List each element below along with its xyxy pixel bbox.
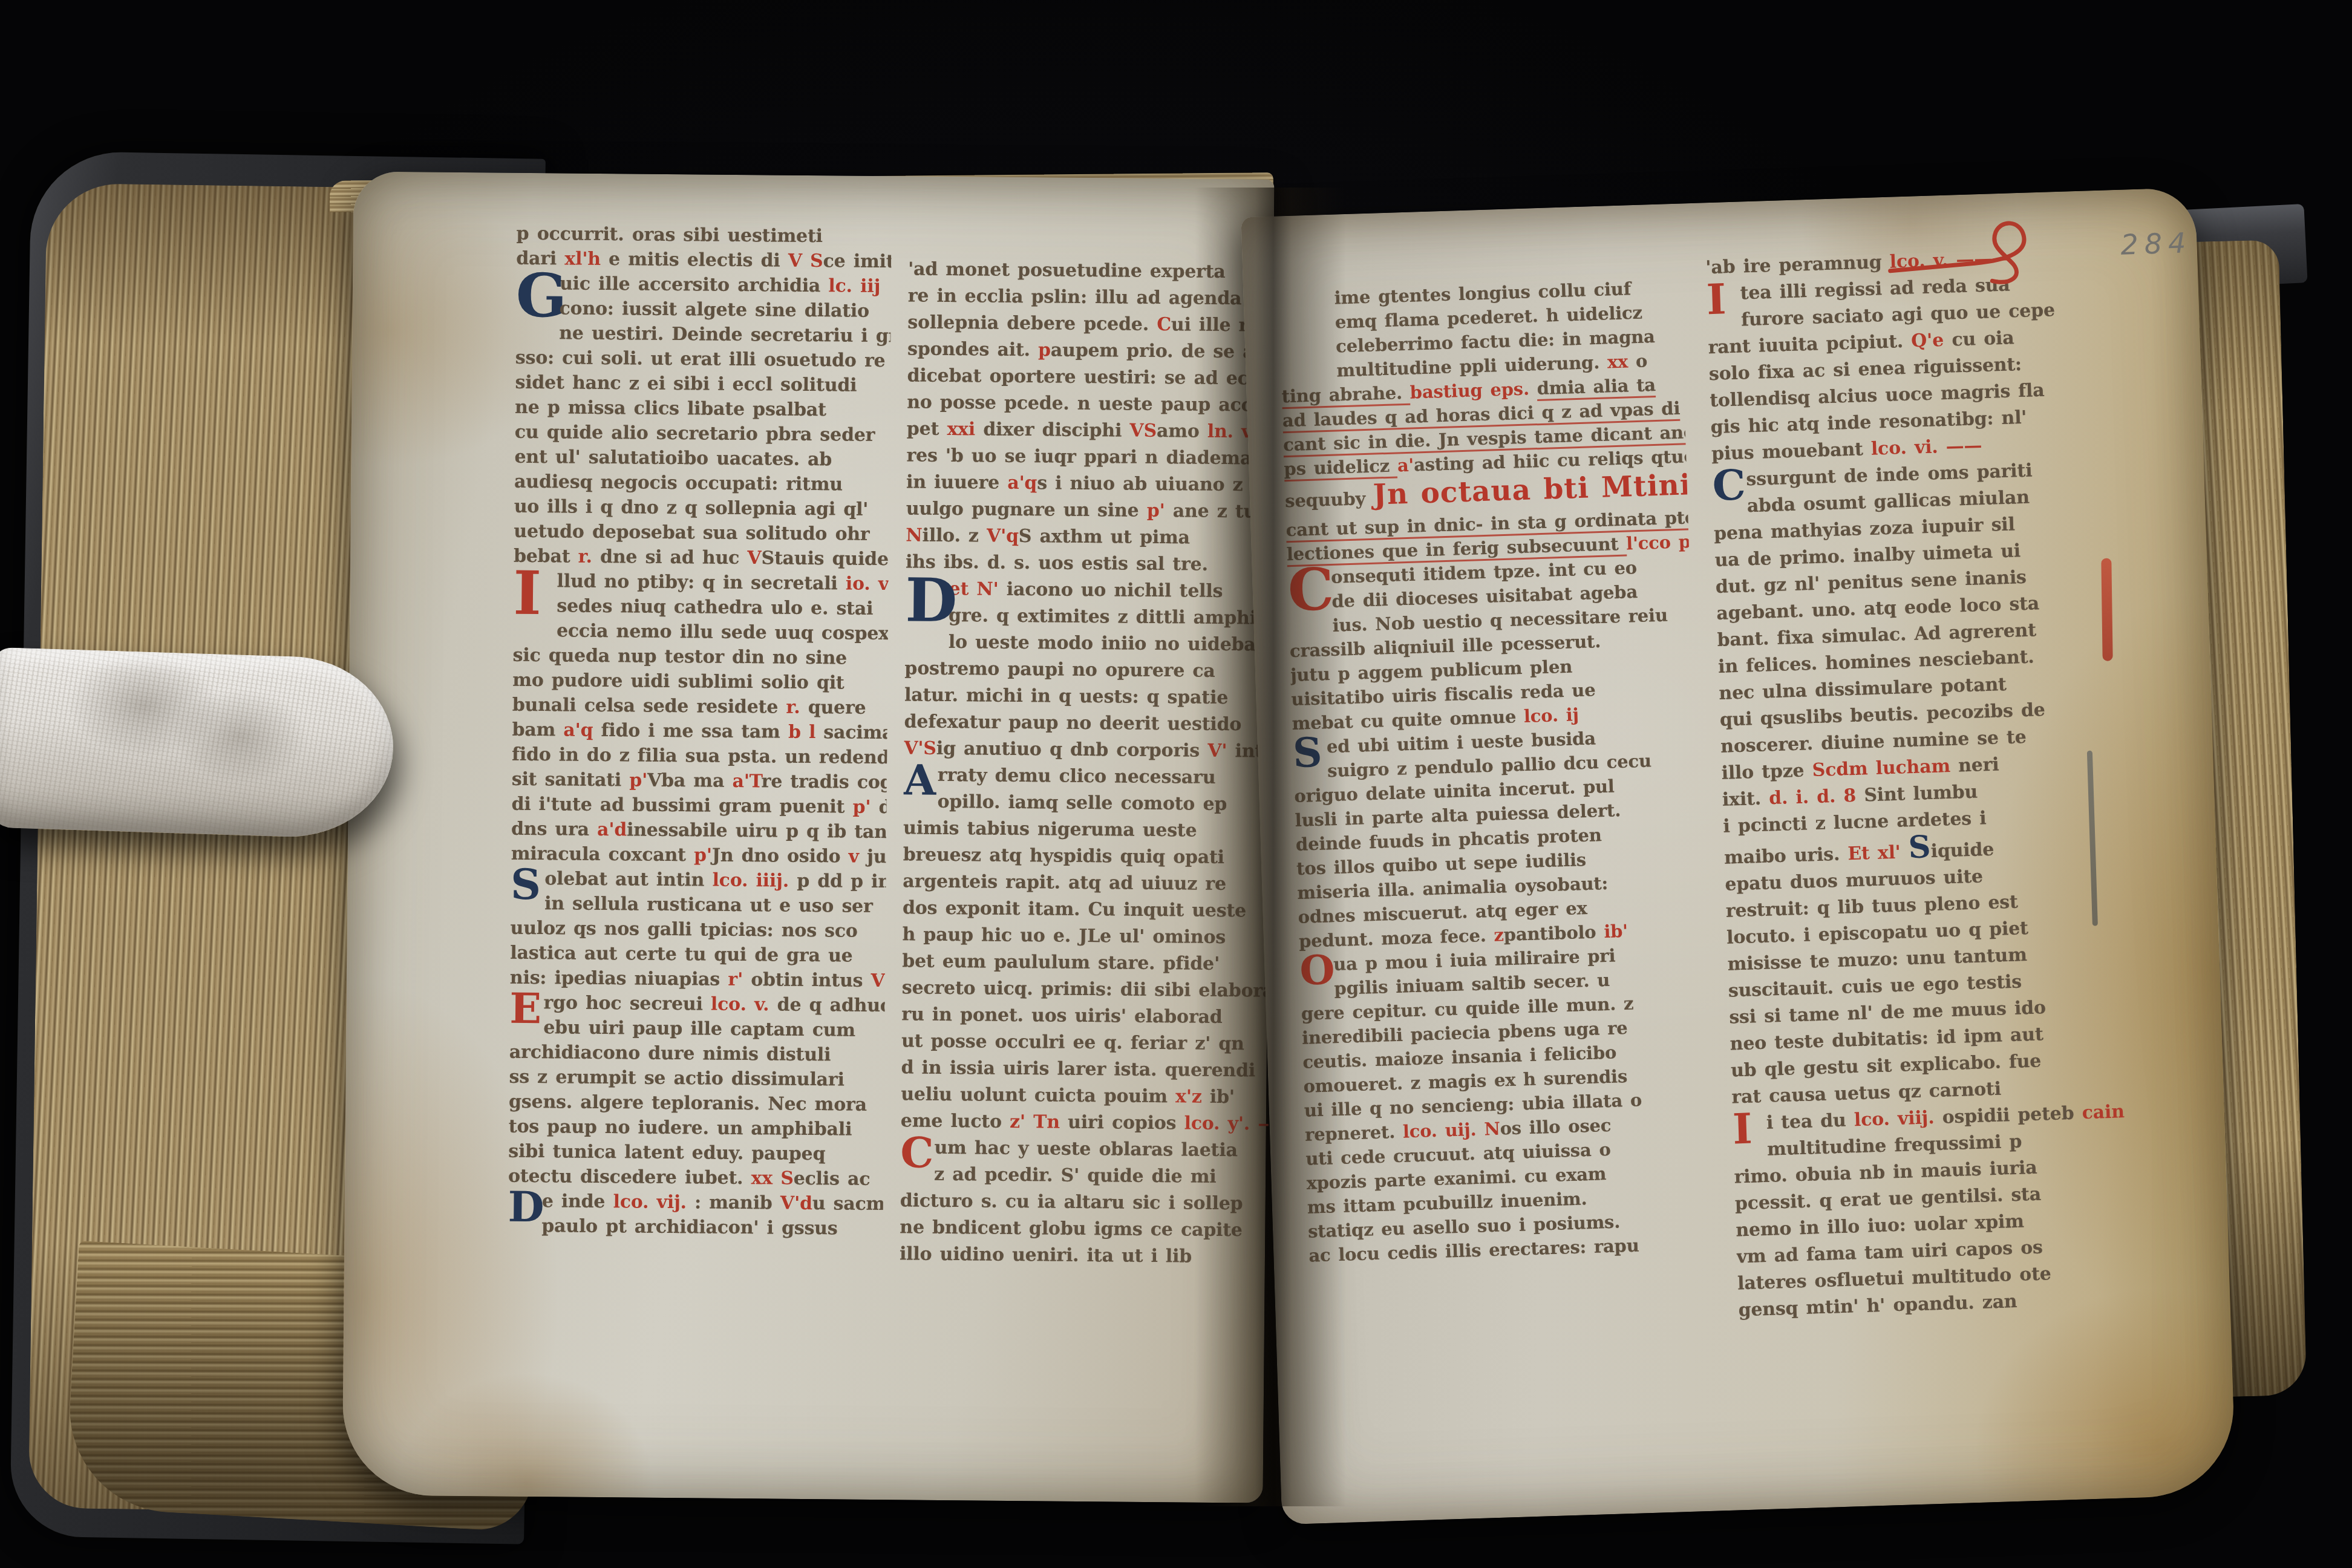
right-page-column-1: ime gtentes longius collu ciufemq flama … bbox=[1278, 275, 1711, 1268]
text-line: gre. q extimites z dittli amphibe bbox=[905, 602, 1273, 632]
left-manuscript-page[interactable]: p occurrit. oras sibi uestimetidari xl'h… bbox=[342, 171, 1274, 1503]
text-line: bam a'q fido i me ssa tam b l sacima bbox=[512, 717, 887, 745]
text-line: defexatur paup no deerit uestido bbox=[904, 708, 1272, 738]
text-line: di i'tute ad bussimi gram puenit p' dnc bbox=[511, 792, 886, 820]
text-line: pet xxi dixer disciphi VSamo ln. vij. z bbox=[907, 416, 1275, 445]
text-line: bunali celsa sede residete r. quere bbox=[512, 693, 887, 720]
text-line: eme lucto z' Tn uiri copios lco. y'. —— bbox=[901, 1108, 1269, 1137]
text-line: illo uidino ueniri. ita ut i lib bbox=[900, 1241, 1267, 1270]
text-line: uulgo pugnare un sine p' ane z tussisse bbox=[906, 495, 1274, 525]
text-line: Ergo hoc secreui lco. v. de q adhuc bbox=[509, 990, 884, 1018]
text-line: h paup hic uo e. JLe ul' ominos bbox=[902, 921, 1270, 951]
text-line: Arraty demu clico necessaru bbox=[904, 762, 1272, 791]
text-line: dicebat oportere uestiri: se ad ecta bbox=[907, 362, 1275, 392]
red-margin-stroke bbox=[2101, 558, 2112, 661]
text-line: ihs ibs. d. s. uos estis sal tre. bbox=[906, 549, 1273, 578]
text-line: tos paup no iudere. un amphibali bbox=[509, 1114, 884, 1142]
text-line: ne p missa clics libate psalbat bbox=[515, 395, 890, 423]
gloved-finger-pointer[interactable] bbox=[0, 647, 396, 840]
text-line: 'ad monet posuetudine experta bbox=[908, 256, 1276, 286]
text-line: uo ills i q dno z q sollepnia agi ql' bbox=[514, 494, 889, 522]
text-line: argenteis rapit. atq ad uiuuz re bbox=[903, 868, 1270, 898]
text-line: sit sanitati p'Vba ma a'Tre tradis cogni… bbox=[512, 767, 887, 795]
text-line: in sellula rusticana ut e uso ser bbox=[511, 891, 886, 919]
text-line: latur. michi in q uests: q spatie bbox=[904, 682, 1272, 711]
text-line: sibi tunica latent eduy. paupeq bbox=[508, 1139, 883, 1167]
text-line: spondes ait. paupem prio. de se aut bbox=[907, 336, 1275, 365]
text-line: uuloz qs nos galli tpicias: nos sco bbox=[510, 916, 885, 944]
text-line: ne uestiri. Deinde secretariu i gre bbox=[515, 321, 890, 348]
text-line: paulo pt archidiacon' i gssus bbox=[508, 1214, 883, 1241]
folio-number: 284 bbox=[2120, 226, 2192, 261]
text-line: ss z erumpit se actio dissimulari bbox=[509, 1065, 884, 1093]
text-line: postremo paupi no opurere ca bbox=[904, 655, 1272, 685]
text-line: De inde lco. vij. : manib V'du sacmta bbox=[508, 1189, 883, 1217]
text-line: sidet hanc z ei sibi i eccl solitudi bbox=[515, 370, 890, 398]
text-line: in iuuere a'qs i niuo ab uiuano z ego li… bbox=[906, 469, 1274, 498]
text-line: uimis tabius nigeruma ueste bbox=[903, 815, 1271, 844]
text-line: no posse pcede. n ueste paup acc bbox=[907, 389, 1275, 419]
right-page-column-2: 'ab ire peramnug lco. v. ———Itea illi re… bbox=[1705, 243, 2131, 1324]
text-line: ne bndicent globu igms ce capite bbox=[900, 1214, 1267, 1244]
text-line: mo pudore uidi sublimi solio qit bbox=[512, 668, 887, 696]
text-line: res 'b uo se iuqr ppari n diadema bbox=[906, 442, 1274, 472]
right-manuscript-page[interactable]: ime gtentes longius collu ciufemq flama … bbox=[1241, 188, 2236, 1524]
text-line: audiesq negocis occupati: ritmu bbox=[514, 469, 889, 497]
text-line: lo ueste modo iniio no uidebat bbox=[905, 629, 1273, 658]
text-line: sso: cui soli. ut erat illi osuetudo re bbox=[515, 345, 890, 373]
text-line: re in ecclia pslin: illu ad agenda bbox=[908, 283, 1276, 312]
red-paraph-flourish-icon bbox=[1883, 207, 2066, 298]
text-line: ru in ponet. uos uiris' elaborad bbox=[901, 1001, 1269, 1031]
text-line: opillo. iamq selle comoto ep bbox=[903, 788, 1271, 818]
text-line: ut posse occulri ee q. feriar z' qn bbox=[901, 1028, 1269, 1057]
text-line: dicturo s. cu ia altaru sic i sollep bbox=[900, 1187, 1268, 1217]
text-line: d in issia uiris larer ista. querendi bbox=[901, 1054, 1269, 1084]
left-page-column-1: p occurrit. oras sibi uestimetidari xl'h… bbox=[508, 221, 892, 1241]
text-line: Det N' iacono uo nichil tells bbox=[905, 575, 1273, 605]
text-line: Illud no ptiby: q in secretali io. viij bbox=[514, 569, 889, 596]
text-line: ebu uiri paup ille captam cum bbox=[509, 1015, 884, 1043]
text-line: dos exponit itam. Cu inquit ueste bbox=[903, 895, 1270, 924]
left-page-column-2: 'ad monet posuetudine expertare in eccli… bbox=[900, 256, 1276, 1270]
text-line: cono: iussit algete sine dilatio bbox=[515, 296, 890, 324]
text-line: sedes niuq cathedra ulo e. stai bbox=[513, 593, 888, 621]
text-line: cu quide alio secretario pbra seder bbox=[515, 420, 890, 448]
text-line: fido in do z filia sua psta. un redenda' bbox=[512, 742, 887, 770]
text-line: dari xl'h e mitis electis di V Sce imita… bbox=[516, 246, 891, 274]
text-line: Guic ille accersito archidia lc. iij bbox=[516, 271, 891, 299]
text-line: sic queda nup testor din no sine bbox=[512, 643, 887, 671]
text-line: V'Sig anutiuo q dnb corporis V' int bbox=[904, 735, 1272, 765]
text-line: nis: ipedias niuapias r' obtin intus V bbox=[510, 965, 885, 993]
text-line: uetudo deposebat sua solitudo ohr bbox=[514, 519, 889, 547]
text-line: miracula coxcant p'Jn dno osido v justu … bbox=[511, 841, 886, 869]
black-cloth-backdrop: p occurrit. oras sibi uestimetidari xl'h… bbox=[0, 0, 2352, 1568]
text-line: otectu discedere iubet. xx Seclis ac bbox=[508, 1164, 883, 1192]
text-line: p occurrit. oras sibi uestimeti bbox=[517, 221, 892, 249]
text-line: z ad pcedir. S' quide die mi bbox=[900, 1161, 1268, 1191]
text-line: sollepnia debere pcede. Cui ille re bbox=[907, 309, 1275, 339]
text-line: breuesz atq hyspidis quiq opati bbox=[903, 841, 1271, 871]
text-line: archidiacono dure nimis distuli bbox=[509, 1040, 884, 1068]
text-line: bet eum paululum stare. pfide' bbox=[902, 948, 1270, 978]
text-line: ueliu uolunt cuicta pouim x'z ib' bbox=[901, 1081, 1269, 1111]
text-line: Solebat aut intin lco. iiij. p dd p in i bbox=[511, 866, 886, 894]
text-line: dns ura a'dinessabile uiru p q ib tanta bbox=[511, 817, 886, 844]
text-line: eccia nemo illu sede uuq cospex bbox=[513, 618, 888, 646]
text-line: secreto uicq. primis: dii sibi elaborab bbox=[902, 975, 1270, 1004]
text-line: bebat r. dne si ad huc VStauis quide lco bbox=[514, 544, 889, 572]
text-line: Nillo. z V'qS axthm ut pima bbox=[906, 522, 1273, 552]
text-line: Cum hac y ueste oblaras laetia bbox=[900, 1134, 1268, 1164]
text-line: gsens. algere teploranis. Nec mora bbox=[509, 1089, 884, 1117]
text-line: lastica aut certe tu qui de gra ue bbox=[510, 941, 885, 969]
text-line: ent ul' salutatioibo uacates. ab bbox=[514, 445, 889, 472]
